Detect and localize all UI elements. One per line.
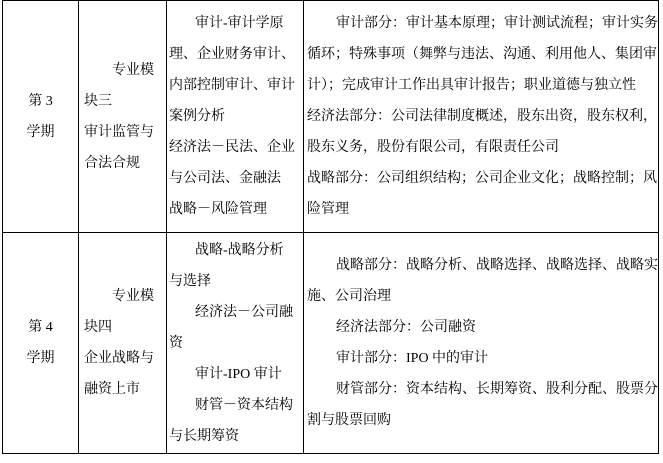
text-line: 内部控制审计、审计 [167,70,303,101]
text-line: 经济法－民法、企业 [167,132,303,163]
text-line: 合法合规 [79,148,166,179]
text-line: 第 3 [3,86,78,117]
text-line: 与公司法、金融法 [167,163,303,194]
text-line: 资 [167,328,303,359]
text-line: 融资上市 [79,374,166,405]
text-line: 财管部分：资本结构、长期筹资、股利分配、股票分 [304,374,658,405]
module-cell-semester-3: 专业模块三审计监管与合法合规 [79,1,167,233]
table-row-semester-3: 第 3学期专业模块三审计监管与合法合规审计-审计学原理、企业财务审计、内部控制审… [3,1,659,233]
text-line: 股东义务，股份有限公司，有限责任公司 [304,132,658,163]
text-line: 割与股票回购 [304,405,658,436]
text-line: 与选择 [167,266,303,297]
curriculum-table: 第 3学期专业模块三审计监管与合法合规审计-审计学原理、企业财务审计、内部控制审… [2,0,659,454]
text-line: 战略部分：战略分析、战略选择、战略选择、战略实 [304,250,658,281]
text-line: 专业模 [79,55,166,86]
text-line: 经济法部分：公司融资 [304,312,658,343]
text-line: 循环；特殊事项（舞弊与违法、沟通、利用他人、集团审 [304,39,658,70]
table-row-semester-4: 第 4学期专业模块四企业战略与融资上市战略-战略分析与选择经济法－公司融资审计-… [3,233,659,454]
text-line: 审计-IPO 审计 [167,359,303,390]
text-line: 学期 [3,117,78,148]
text-line: 与长期筹资 [167,421,303,452]
text-line: 战略部分：公司组织结构；公司企业文化；战略控制；风 [304,163,658,194]
text-line: 计）；完成审计工作出具审计报告；职业道德与独立性 [304,70,658,101]
content-cell-semester-3: 审计部分：审计基本原理；审计测试流程；审计实务循环；特殊事项（舞弊与违法、沟通、… [304,1,659,233]
text-line: 审计-审计学原 [167,8,303,39]
semester-cell-semester-3: 第 3学期 [3,1,79,233]
text-line: 审计部分：审计基本原理；审计测试流程；审计实务 [304,8,658,39]
text-line: 经济法部分：公司法律制度概述，股东出资，股东权利， [304,101,658,132]
module-cell-semester-4: 专业模块四企业战略与融资上市 [79,233,167,454]
document-page: 第 3学期专业模块三审计监管与合法合规审计-审计学原理、企业财务审计、内部控制审… [0,0,663,463]
semester-cell-semester-4: 第 4学期 [3,233,79,454]
text-line: 财管－资本结构 [167,390,303,421]
curriculum-table-body: 第 3学期专业模块三审计监管与合法合规审计-审计学原理、企业财务审计、内部控制审… [3,1,659,454]
text-line: 审计部分：IPO 中的审计 [304,343,658,374]
text-line: 审计监管与 [79,117,166,148]
text-line: 险管理 [304,194,658,225]
text-line: 施、公司治理 [304,281,658,312]
text-line: 块三 [79,86,166,117]
text-line: 战略－风险管理 [167,194,303,225]
content-cell-semester-4: 战略部分：战略分析、战略选择、战略选择、战略实施、公司治理经济法部分：公司融资审… [304,233,659,454]
text-line: 块四 [79,312,166,343]
text-line: 战略-战略分析 [167,235,303,266]
courses-cell-semester-4: 战略-战略分析与选择经济法－公司融资审计-IPO 审计财管－资本结构与长期筹资 [167,233,304,454]
text-line: 理、企业财务审计、 [167,39,303,70]
courses-cell-semester-3: 审计-审计学原理、企业财务审计、内部控制审计、审计案例分析经济法－民法、企业与公… [167,1,304,233]
text-line: 第 4 [3,312,78,343]
text-line: 专业模 [79,281,166,312]
text-line: 企业战略与 [79,343,166,374]
text-line: 案例分析 [167,101,303,132]
text-line: 经济法－公司融 [167,297,303,328]
text-line: 学期 [3,343,78,374]
